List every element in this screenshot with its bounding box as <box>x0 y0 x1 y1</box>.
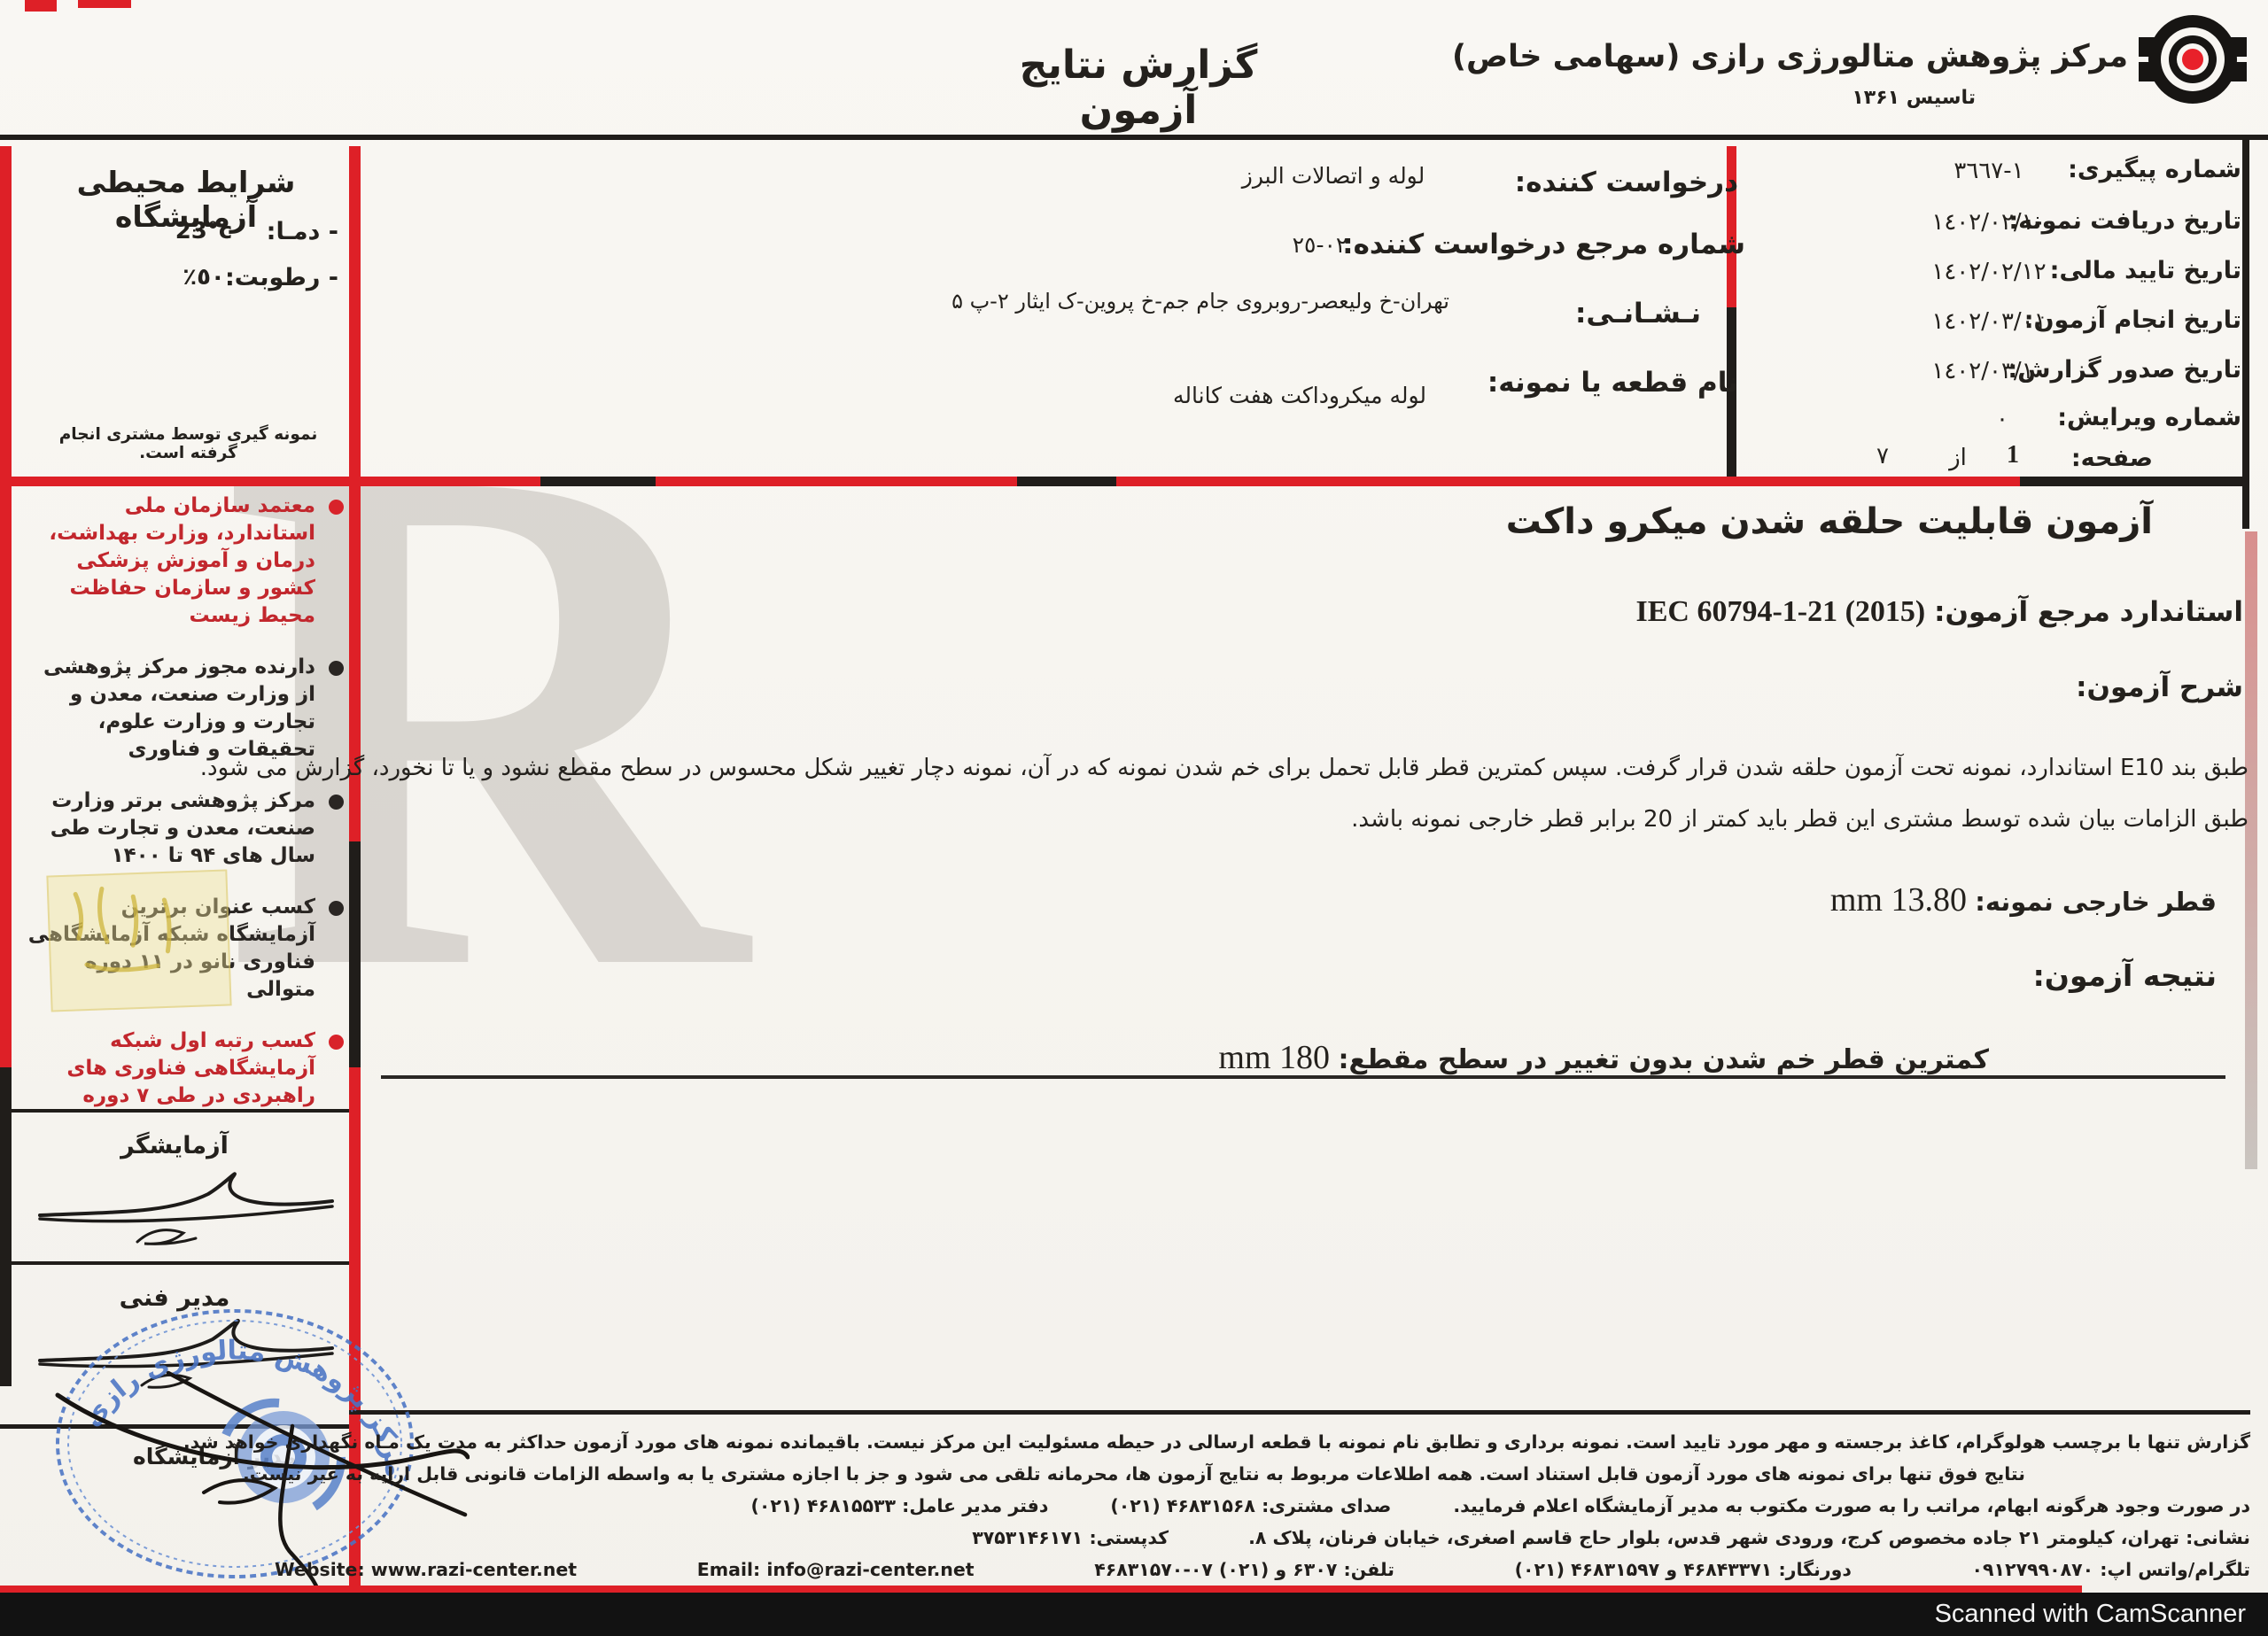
customer-voice-phone: صدای مشتری: ۴۶۸۳۱۵۶۸ (۰۲۱) <box>1110 1495 1391 1516</box>
corner-mark <box>25 0 57 12</box>
address-label: نـشـانـی: <box>1575 298 1701 330</box>
page-current: 1 <box>1995 441 2031 469</box>
website-line: Website: www.razi-center.net <box>275 1559 577 1580</box>
test-date-value: ‭١٤٠٢/٠٣/٠١‬ <box>1914 308 2064 335</box>
left-border-lower <box>0 1067 12 1386</box>
page-label: صفحه: <box>2071 445 2153 472</box>
outer-diameter-line: قطر خارجی نمونه: 13.80 mm <box>1830 880 2217 919</box>
temperature-value: 23°c <box>173 218 235 244</box>
org-name: مرکز پژوهش متالورژی رازی (سهامی خاص) <box>1452 39 2128 74</box>
accreditation-text: کسب رتبه اول شبکه آزمایشگاهی فناوری های … <box>66 1029 315 1107</box>
result-row-label: کمترین قطر خم شدن بدون تغییر در سطح مقطع… <box>1339 1044 1990 1075</box>
part-name-value: لوله میکروداکت هفت کاناله <box>1196 383 1426 408</box>
report-issued-value: ‭١٤٠٢/٠٣/١٠‬ <box>1914 358 2064 384</box>
right-border-lower <box>2245 531 2257 1169</box>
result-row-value: 180 mm <box>1218 1039 1330 1076</box>
info-table-rule-seg <box>540 477 656 486</box>
header-rule <box>0 135 2268 140</box>
accreditation-item: کسب رتبه اول شبکه آزمایشگاهی فناوری های … <box>25 1027 346 1110</box>
footer-top-rule <box>349 1410 2250 1415</box>
page-total: ٧ <box>1865 443 1900 469</box>
footer-note-1: گزارش تنها با برچسب هولوگرام، کاغذ برجست… <box>18 1431 2250 1453</box>
right-border <box>2242 139 2249 529</box>
sig-divider <box>0 1109 349 1113</box>
scanned-test-report: R گزارش نتایج آزمون مرکز پژوهش متالورژی … <box>0 0 2268 1636</box>
sidebar-divider-black-seg <box>349 841 361 1067</box>
whatsapp-telegram-number: تلگرام/واتس اپ: ۰۹۱۲۷۹۹۰۸۷۰ <box>1972 1559 2250 1580</box>
requester-ref-value: ‭٢٥-٠٢‬ <box>1276 232 1364 258</box>
humidity-label: - رطوبت: <box>225 264 338 291</box>
address-value: تهران-خ ولیعصر-روبروی جام جم-خ پروین-ک ا… <box>948 289 1453 314</box>
page-of: از <box>1931 445 1984 471</box>
website-label: Website: <box>275 1559 365 1580</box>
bullet-icon <box>329 500 344 515</box>
description-line1: طبق بند E10 استاندارد، نمونه تحت آزمون ح… <box>25 755 2249 781</box>
ceo-office-phone: دفتر مدیر عامل: ۴۶۸۱۵۵۳۳ (۰۲۱) <box>750 1495 1048 1516</box>
test-title: آزمون قابلیت حلقه شدن میکرو داکت <box>1506 501 2153 542</box>
result-label: نتیجه آزمون: <box>2033 958 2217 993</box>
sig-divider <box>0 1261 349 1265</box>
revision-value: ٠ <box>1976 406 2029 432</box>
email-value: info@razi-center.net <box>766 1559 974 1580</box>
finance-approved-value: ‭١٤٠٢/٠٢/١٢‬ <box>1914 259 2064 285</box>
bullet-icon <box>329 1035 344 1050</box>
standard-line: استاندارد مرجع آزمون: IEC 60794-1-21 (20… <box>1636 595 2244 629</box>
website-value: www.razi-center.net <box>371 1559 577 1580</box>
sampling-note: نمونه گیری توسط مشتری انجام گرفته است. <box>35 425 341 462</box>
result-line: کمترین قطر خم شدن بدون تغییر در سطح مقطع… <box>1218 1038 1989 1077</box>
corner-mark <box>78 0 131 8</box>
tracking-no-label: شماره پیگیری: <box>2068 156 2241 183</box>
camscanner-credit: Scanned with CamScanner <box>1935 1600 2246 1629</box>
finance-approved-label: تاریخ تایید مالی: <box>2050 257 2241 284</box>
result-underline <box>381 1075 2225 1079</box>
email-label: Email: <box>697 1559 760 1580</box>
accreditation-text: معتمد سازمان ملی استاندارد، وزارت بهداشت… <box>49 494 315 627</box>
part-name-label: نام قطعه یا نمونه: <box>1487 367 1738 399</box>
accreditation-item: دارنده مجوز مرکز پژوهشی از وزارت صنعت، م… <box>25 654 346 764</box>
bullet-icon <box>329 901 344 916</box>
razi-logo-icon <box>2139 4 2247 115</box>
accreditation-item: معتمد سازمان ملی استاندارد، وزارت بهداشت… <box>25 492 346 630</box>
requester-ref-label: شماره مرجع درخواست کننده: <box>1342 229 1745 260</box>
revision-label: شماره ویرایش: <box>2057 404 2241 431</box>
temperature-label: - دمـا: <box>267 218 338 245</box>
footer-line-5: تلگرام/واتس اپ: ۰۹۱۲۷۹۹۰۸۷۰ دورنگار: ۴۶۸… <box>275 1559 2250 1580</box>
phone-numbers: تلفن: ۶۳۰۷ و ‭۴۶۸۳۱۵۷۰-۰۷‬ (۰۲۱) <box>1094 1559 1394 1580</box>
standard-label: استاندارد مرجع آزمون: <box>1934 596 2243 628</box>
info-table-rule-seg <box>1017 477 1116 486</box>
postal-code: کدپستی: ۳۷۵۳۱۴۶۱۷۱ <box>972 1527 1169 1548</box>
description-line2: طبق الزامات بیان شده توسط مشتری این قطر … <box>25 806 2249 833</box>
outer-diameter-label: قطر خارجی نمونه: <box>1975 887 2217 917</box>
scan-band: Scanned with CamScanner <box>0 1593 2268 1636</box>
bottom-red-rule <box>0 1586 2082 1593</box>
yellow-stamp <box>46 869 231 1012</box>
humidity-value: ٥٠٪ <box>177 264 230 291</box>
doc-title: گزارش نتایج آزمون <box>992 43 1285 133</box>
requester-label: درخواست کننده: <box>1515 167 1738 198</box>
sample-received-value: ‭١٤٠٢/٠٢/١٠‬ <box>1914 209 2064 236</box>
footer-note-3: در صورت وجود هرگونه ابهام، مراتب را به ص… <box>1453 1495 2250 1516</box>
email-line: Email: info@razi-center.net <box>697 1559 975 1580</box>
requester-value: لوله و اتصالات البرز <box>1240 163 1426 189</box>
description-label: شرح آزمون: <box>2076 671 2243 703</box>
left-border <box>0 146 12 1067</box>
fax-numbers: دورنگار: ۴۶۸۴۳۳۷۱ و ۴۶۸۳۱۵۹۷ (۰۲۱) <box>1515 1559 1852 1580</box>
footer-line-4: نشانی: تهران، کیلومتر ۲۱ جاده مخصوص کرج،… <box>18 1527 2250 1548</box>
info-table-rule-seg <box>2020 477 2246 486</box>
footer-note-2: نتایج فوق تنها برای نمونه های مورد آزمون… <box>18 1463 2250 1485</box>
footer-address: نشانی: تهران، کیلومتر ۲۱ جاده مخصوص کرج،… <box>1248 1527 2250 1548</box>
org-established: تاسیس ۱۳۶۱ <box>1852 87 1976 109</box>
outer-diameter-value: 13.80 mm <box>1830 881 1967 919</box>
accreditation-text: دارنده مجوز مرکز پژوهشی از وزارت صنعت، م… <box>43 655 315 761</box>
tracking-no-value: ‭٣٦٦٧-١‬ <box>1922 158 2055 184</box>
tester-signature-icon <box>35 1160 337 1258</box>
footer-line-3: در صورت وجود هرگونه ابهام، مراتب را به ص… <box>18 1495 2250 1516</box>
info-table-rule <box>12 477 2246 486</box>
bullet-icon <box>329 661 344 676</box>
standard-value: IEC 60794-1-21 (2015) <box>1636 595 1926 628</box>
tester-label: آزمایشگر <box>0 1132 349 1159</box>
